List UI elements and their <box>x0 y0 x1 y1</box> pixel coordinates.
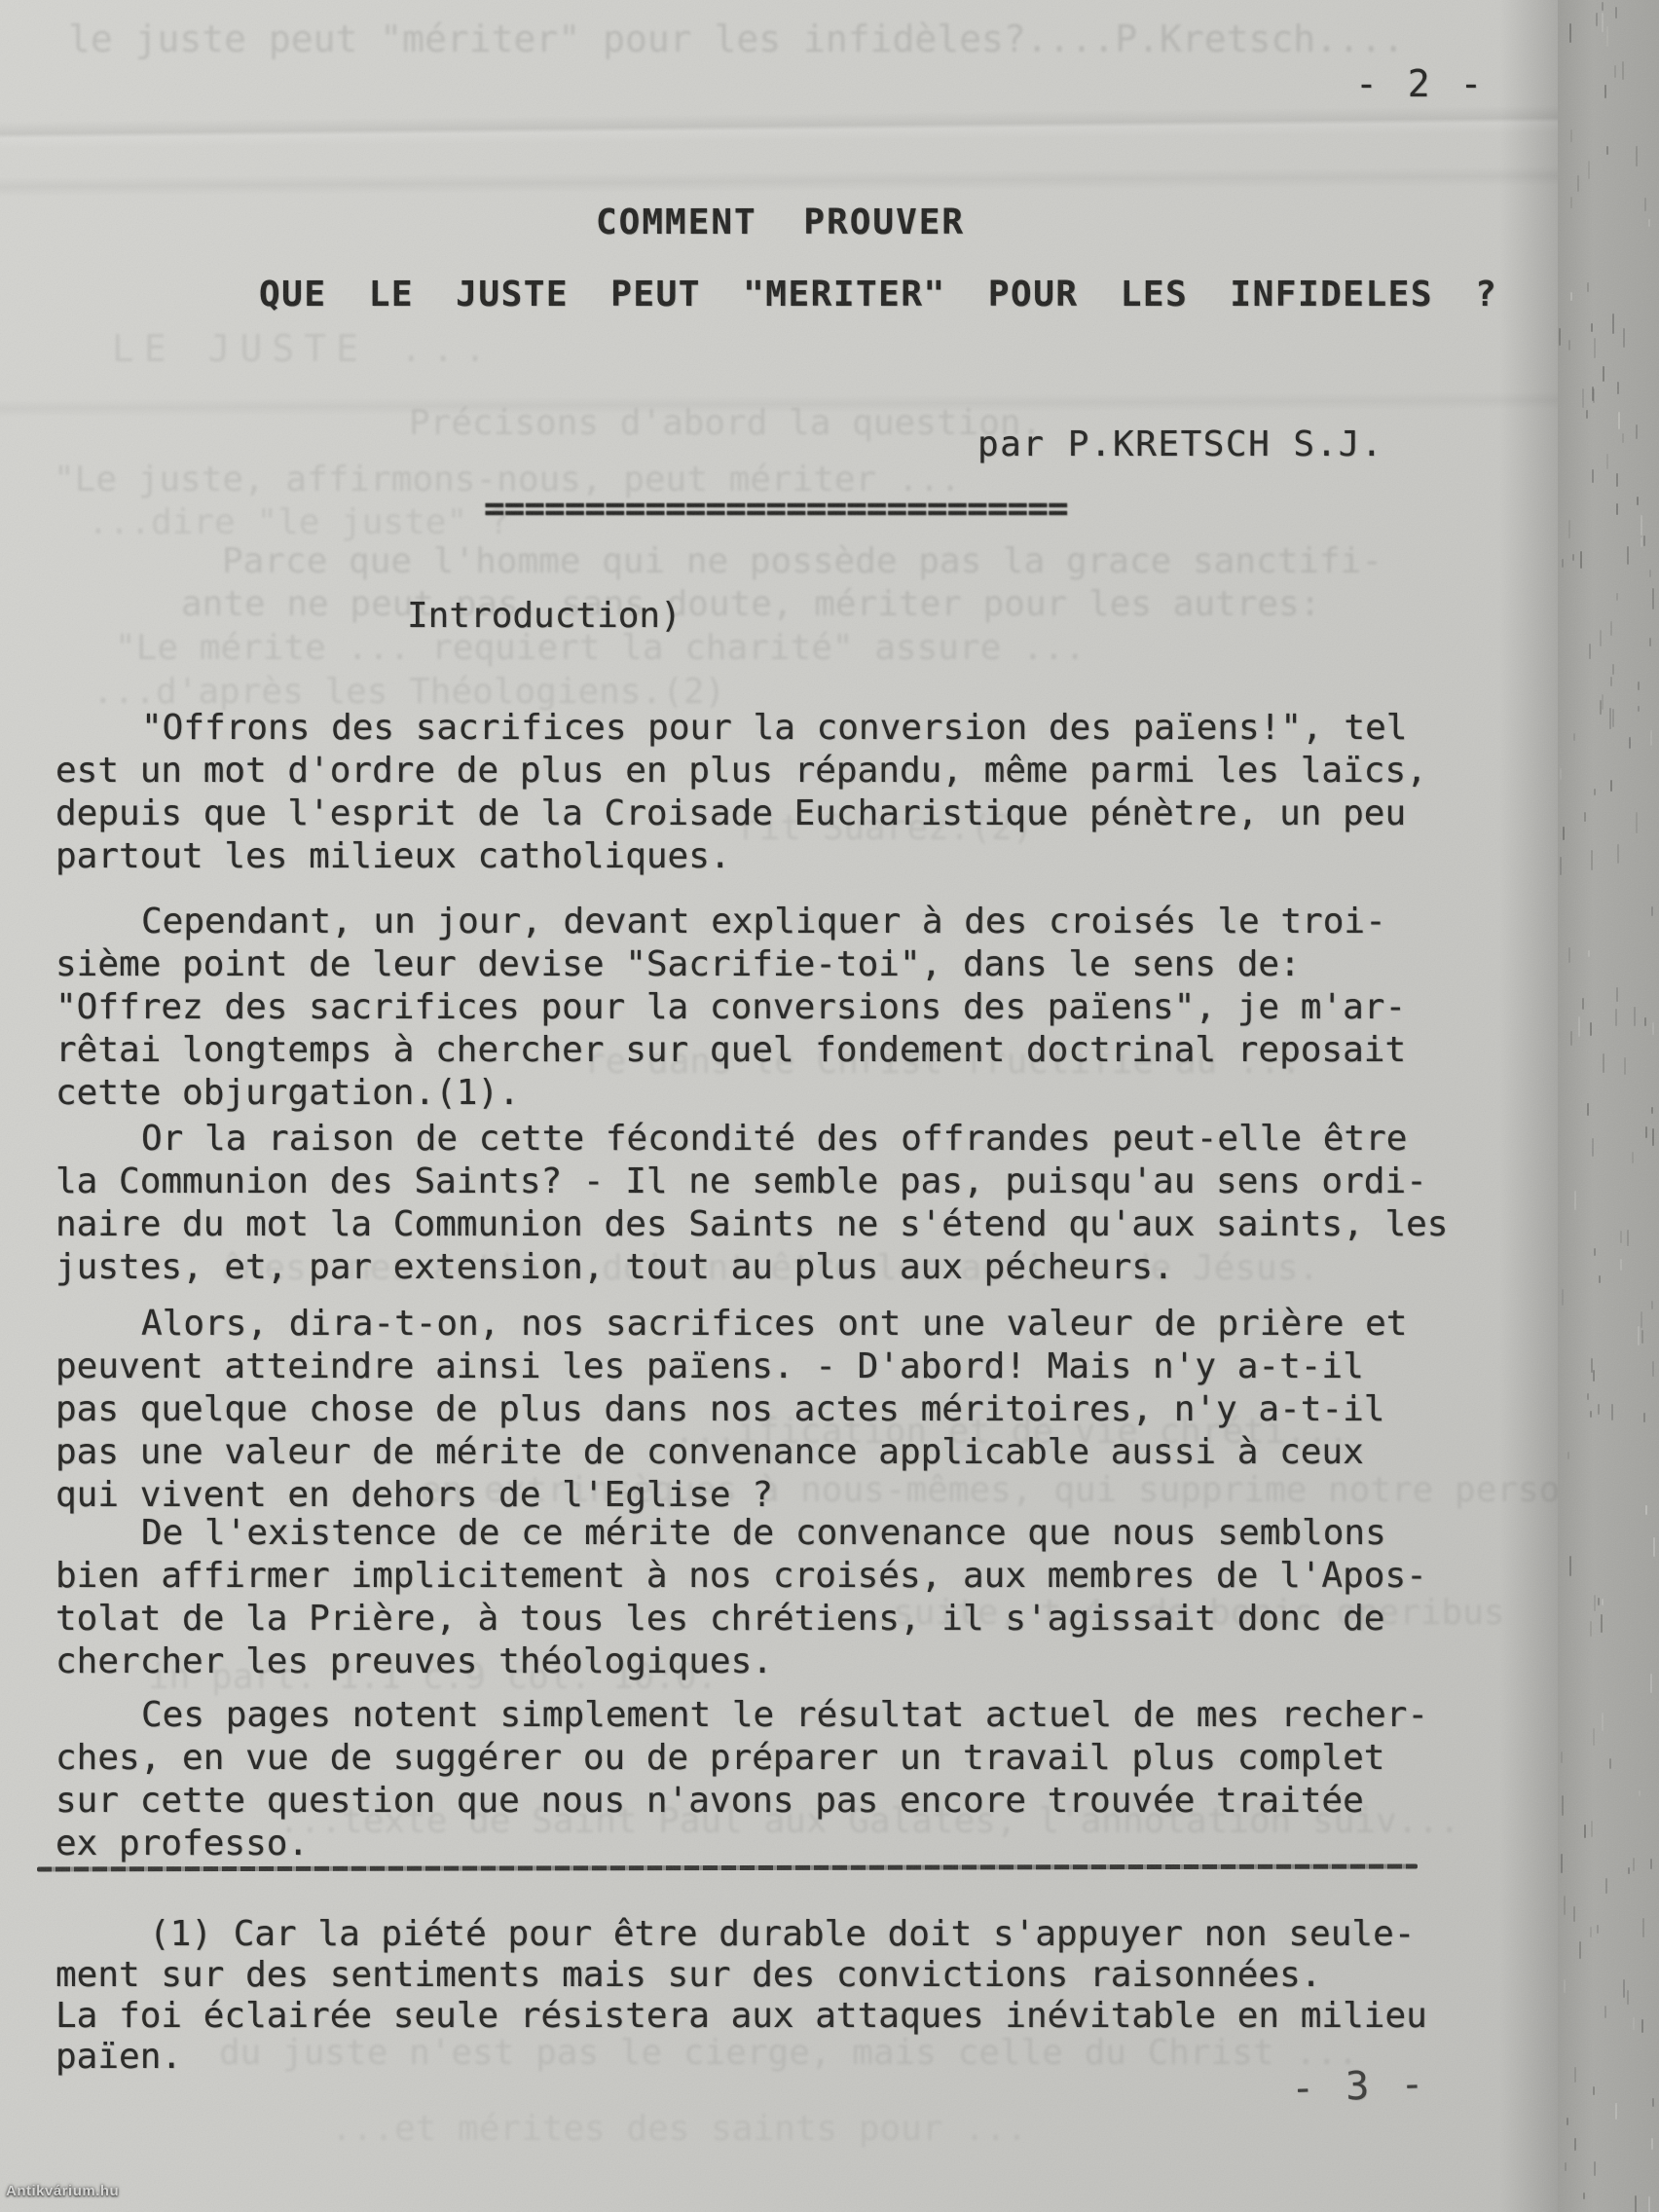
paragraph: "Offrons des sacrifices pour la conversi… <box>55 707 1472 878</box>
document-title-line2: QUE LE JUSTE PEUT "MERITER" POUR LES INF… <box>259 275 1497 314</box>
ghost-line: Précisons d'abord la question. <box>409 403 1042 443</box>
ghost-line: le juste peut "mériter" pour les infidèl… <box>68 18 1405 60</box>
ghost-line: LE JUSTE ... <box>112 327 497 370</box>
section-heading: Introduction) <box>407 596 682 636</box>
footnote-text: (1) Car la piété pour être durable doit … <box>55 1914 1477 2078</box>
watermark: Antikvárium.hu <box>6 2183 119 2199</box>
ghost-line: ante ne peut pas, sans doute, mériter po… <box>181 584 1320 624</box>
ghost-line: Parce que l'homme qui ne possède pas la … <box>222 541 1382 581</box>
ghost-line: ...et mérites des saints pour ... <box>331 2109 1027 2149</box>
paragraph: De l'existence de ce mérite de convenanc… <box>55 1512 1472 1683</box>
paragraph: Ces pages notent simplement le résultat … <box>55 1694 1472 1865</box>
page-number-bottom: - 3 - <box>1290 2062 1428 2112</box>
paragraph: Cependant, un jour, devant expliquer à d… <box>55 901 1472 1115</box>
author-byline: par P.KRETSCH S.J. <box>977 424 1383 464</box>
paper-surface: le juste peut "mériter" pour les infidèl… <box>0 0 1659 2212</box>
typed-divider-line: ============================= <box>484 489 1068 529</box>
page-number-top: - 2 - <box>1355 62 1486 105</box>
document-title-line1: COMMENT PROUVER <box>596 203 965 242</box>
paragraph: Alors, dira-t-on, nos sacrifices ont une… <box>55 1303 1472 1517</box>
page-fold-shadow <box>1499 0 1560 2212</box>
paragraph: Or la raison de cette fécondité des offr… <box>55 1118 1472 1289</box>
paper-crease <box>0 166 1659 197</box>
ghost-line: ...d'après les Théologiens.(2) <box>92 672 725 712</box>
paper-crease <box>0 104 1659 149</box>
scanned-page: le juste peut "mériter" pour les infidèl… <box>0 0 1659 2212</box>
book-page-edges <box>1558 0 1659 2212</box>
ghost-line: ...dire "le juste" ? <box>88 502 509 542</box>
